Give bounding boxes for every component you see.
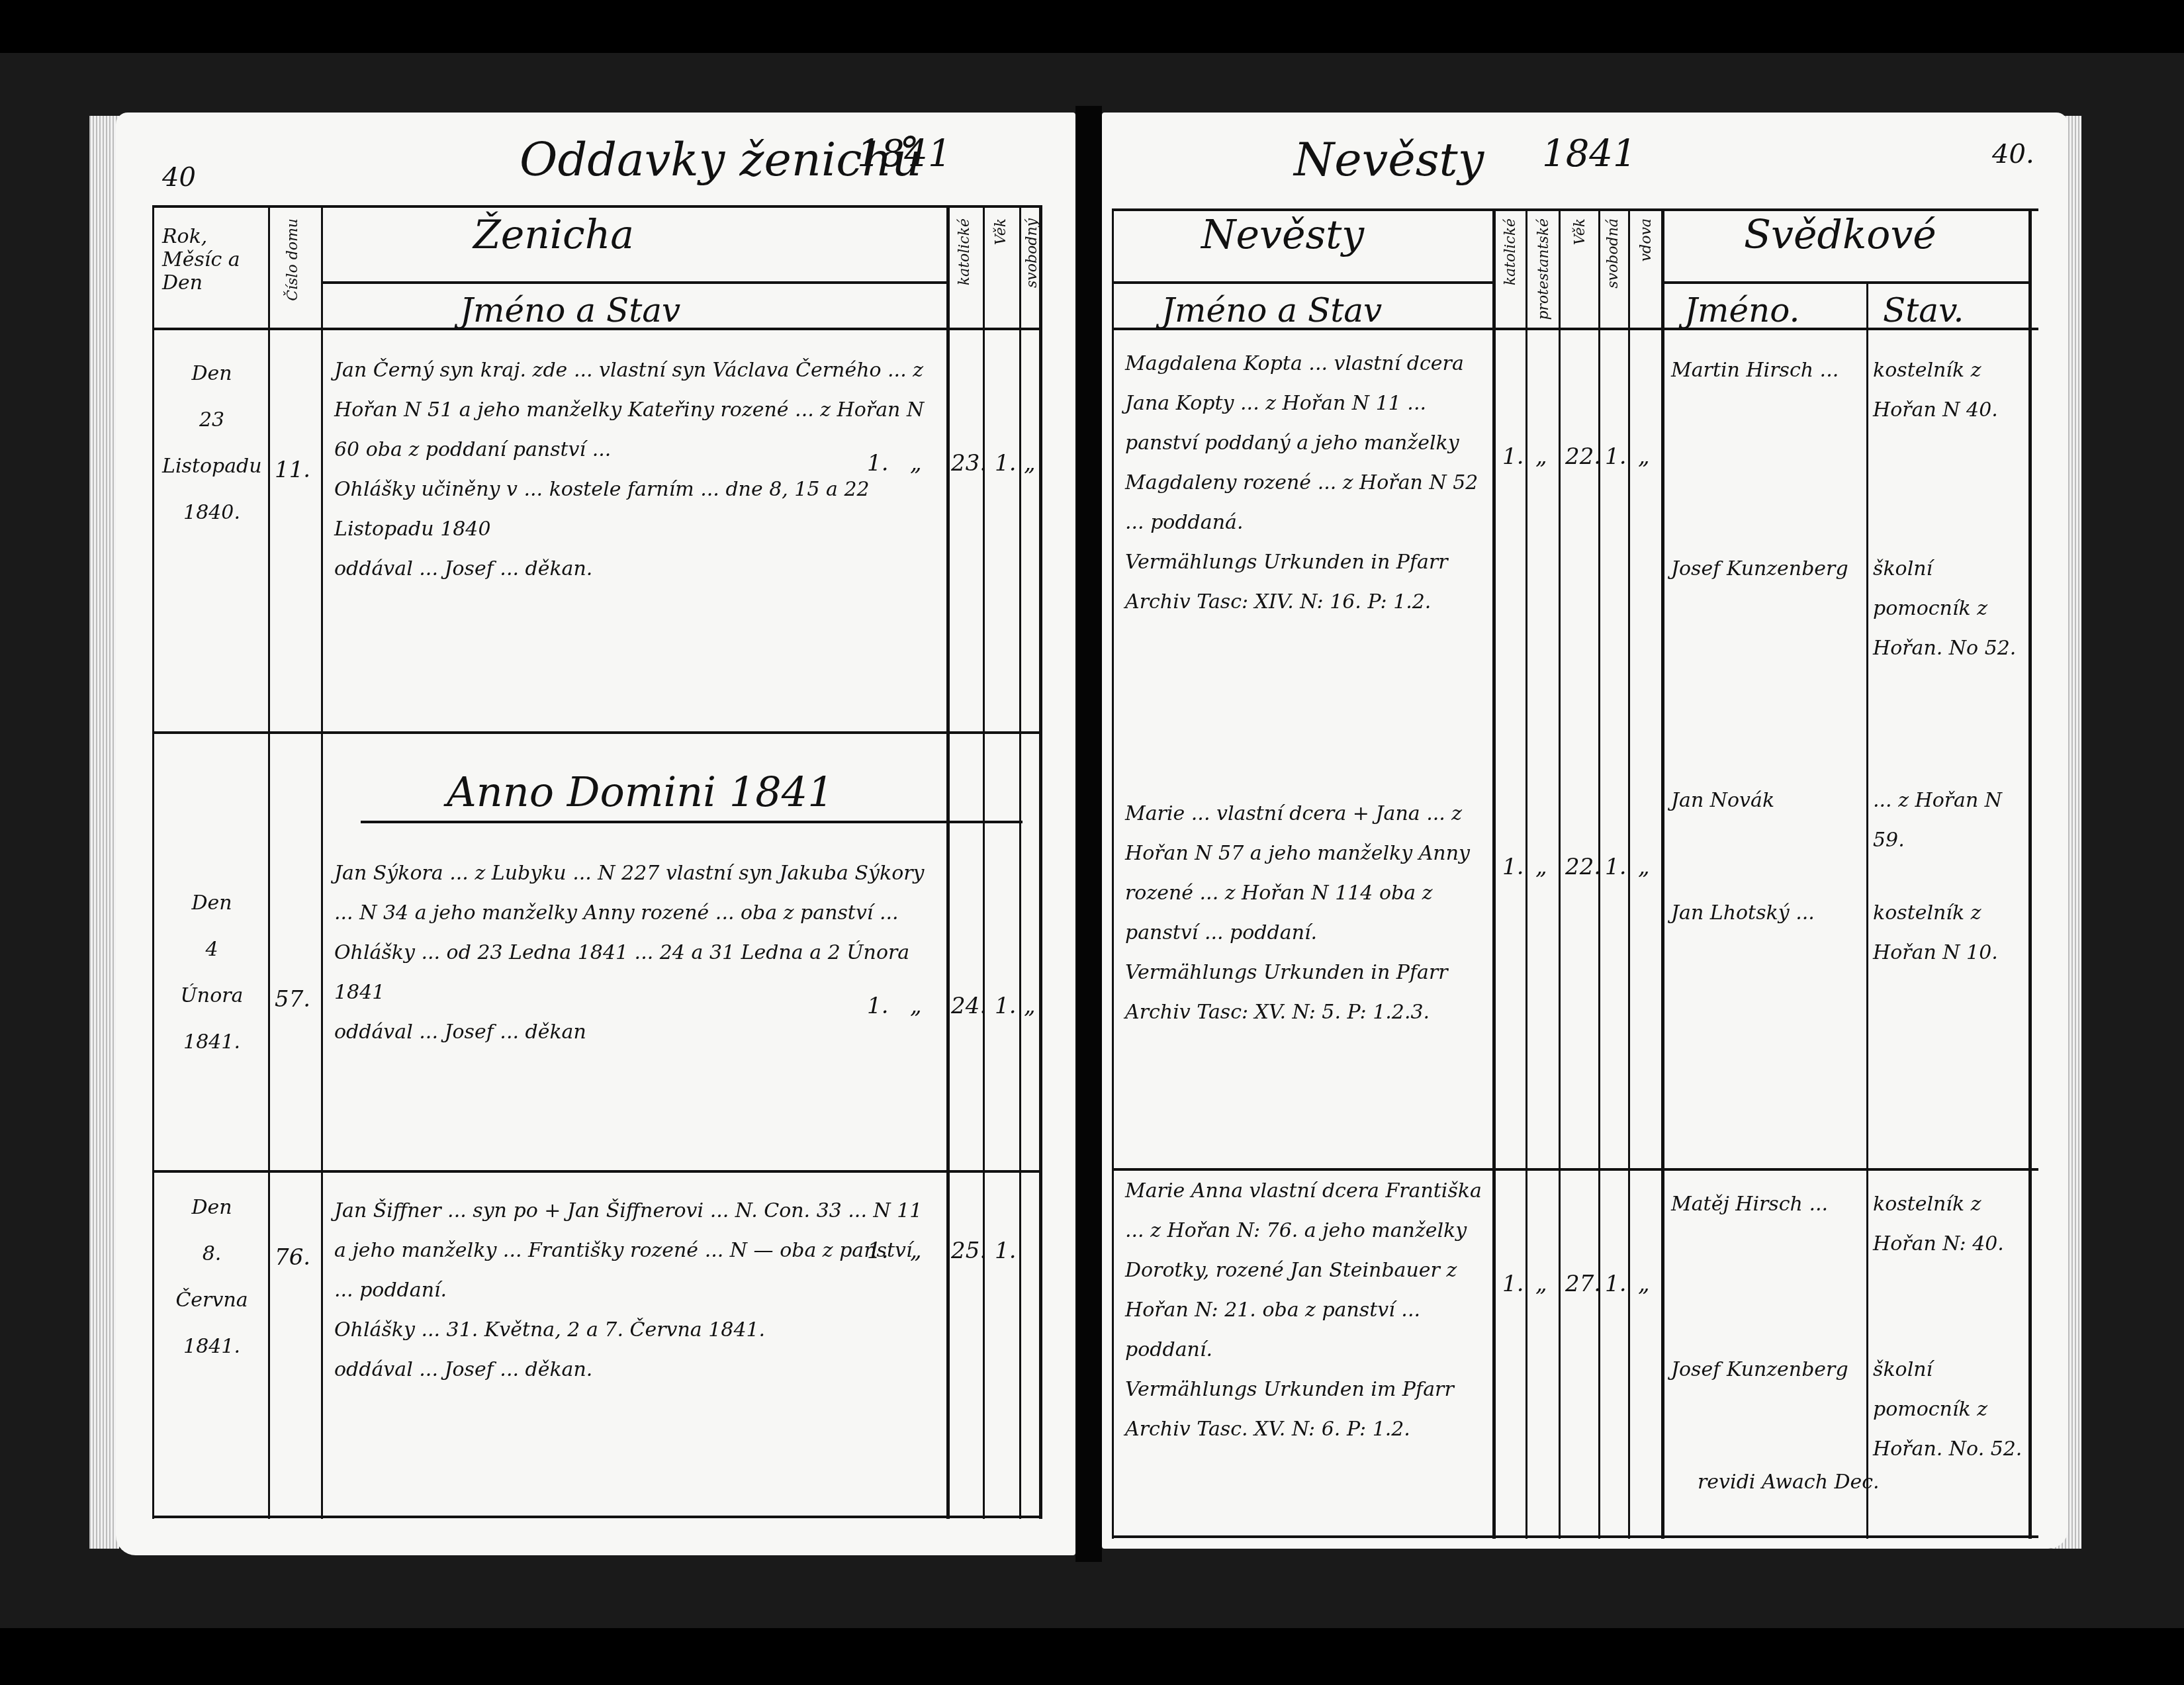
header-witness-name: Jméno. bbox=[1684, 291, 1799, 330]
entry-value-age: 22. bbox=[1565, 443, 1601, 470]
header-house: Číslo domu bbox=[285, 218, 301, 301]
header-single: svobodná bbox=[1605, 218, 1621, 289]
section-heading: Anno Domini 1841 bbox=[447, 768, 834, 816]
left-page-edges bbox=[89, 116, 119, 1549]
witness-status: kostelník z Hořan N 40. bbox=[1873, 351, 2025, 430]
entry-value-catholic: 1. bbox=[1502, 443, 1524, 470]
entry-value-single: 1. bbox=[995, 993, 1016, 1019]
witness-name: Josef Kunzenberg bbox=[1671, 549, 1863, 589]
witness-status: kostelník z Hořan N 10. bbox=[1873, 893, 2025, 973]
header-catholic: katolické bbox=[1502, 218, 1519, 285]
entry-groom-text: Jan Sýkora ... z Lubyku ... N 227 vlastn… bbox=[334, 854, 936, 1052]
entry-value-widowed: „ bbox=[1638, 854, 1650, 880]
witness-name: Jan Novák bbox=[1671, 781, 1863, 821]
header-witness-status: Stav. bbox=[1883, 291, 1964, 330]
entry-value-protestant: „ bbox=[910, 1238, 922, 1264]
revision-note: revidi Awach Dec. bbox=[1698, 1463, 1896, 1502]
right-page-title: Nevěsty bbox=[1294, 132, 1484, 187]
left-page-number: 40 bbox=[162, 162, 196, 193]
entry-value-catholic: 1. bbox=[867, 1238, 888, 1264]
entry-value-widowed: „ bbox=[1024, 450, 1036, 477]
left-page-year: 1841 bbox=[857, 132, 952, 175]
entry-house-number: 57. bbox=[275, 986, 310, 1013]
right-page-number: 40. bbox=[1992, 139, 2034, 169]
witness-status: školní pomocník z Hořan. No 52. bbox=[1873, 549, 2025, 668]
entry-value-age: 24. bbox=[951, 993, 987, 1019]
entry-house-number: 76. bbox=[275, 1244, 310, 1271]
entry-value-age: 27. bbox=[1565, 1271, 1601, 1297]
witness-status: kostelník z Hořan N: 40. bbox=[1873, 1185, 2025, 1264]
entry-date: Den 8. Června 1841. bbox=[162, 1185, 261, 1370]
entry-value-single: 1. bbox=[1605, 1271, 1626, 1297]
entry-groom-text: Jan Šiffner ... syn po + Jan Šiffnerovi … bbox=[334, 1191, 936, 1390]
witness-name: Josef Kunzenberg bbox=[1671, 1350, 1863, 1390]
header-widowed: vdova bbox=[1638, 218, 1655, 261]
entry-value-protestant: „ bbox=[910, 450, 922, 477]
header-catholic: katolické bbox=[956, 218, 973, 285]
entry-value-age: 23. bbox=[951, 450, 987, 477]
entry-value-single: 1. bbox=[995, 450, 1016, 477]
witness-status: ... z Hořan N 59. bbox=[1873, 781, 2025, 860]
entry-value-single: 1. bbox=[995, 1238, 1016, 1264]
header-witnesses: Svědkové bbox=[1744, 212, 1936, 258]
entry-groom-text: Jan Černý syn kraj. zde ... vlastní syn … bbox=[334, 351, 936, 589]
entry-value-age: 25. bbox=[951, 1238, 987, 1264]
entry-value-age: 22. bbox=[1565, 854, 1601, 880]
entry-value-single: 1. bbox=[1605, 443, 1626, 470]
book-gutter bbox=[1075, 106, 1102, 1562]
header-single: svobodný bbox=[1024, 218, 1040, 288]
header-protestant: protestantské bbox=[1535, 218, 1552, 320]
header-age: Věk bbox=[1572, 218, 1588, 245]
entry-value-widowed: „ bbox=[1024, 993, 1036, 1019]
header-name-status: Jméno a Stav bbox=[1161, 291, 1382, 330]
witness-name: Matěj Hirsch ... bbox=[1671, 1185, 1863, 1224]
entry-date: Den 23 Listopadu 1840. bbox=[162, 351, 261, 536]
entry-value-catholic: 1. bbox=[867, 993, 888, 1019]
witness-status: školní pomocník z Hořan. No. 52. bbox=[1873, 1350, 2025, 1469]
entry-value-protestant: „ bbox=[1535, 854, 1547, 880]
entry-value-protestant: „ bbox=[1535, 443, 1547, 470]
entry-value-widowed: „ bbox=[1638, 443, 1650, 470]
header-date: Rok, Měsíc a Den bbox=[162, 225, 261, 295]
entry-house-number: 11. bbox=[275, 457, 310, 483]
entry-value-catholic: 1. bbox=[1502, 854, 1524, 880]
entry-value-catholic: 1. bbox=[1502, 1271, 1524, 1297]
header-groom: Ženicha bbox=[473, 212, 634, 258]
entry-value-widowed: „ bbox=[1638, 1271, 1650, 1297]
header-name-status: Jméno a Stav bbox=[460, 291, 680, 330]
right-page-year: 1841 bbox=[1542, 132, 1637, 175]
entry-bride-text: Marie ... vlastní dcera + Jana ... z Hoř… bbox=[1125, 794, 1489, 1032]
witness-name: Martin Hirsch ... bbox=[1671, 351, 1863, 390]
header-bride: Nevěsty bbox=[1201, 212, 1364, 258]
witness-name: Jan Lhotský ... bbox=[1671, 893, 1863, 933]
entry-bride-text: Marie Anna vlastní dcera Františka ... z… bbox=[1125, 1171, 1489, 1449]
entry-date: Den 4 Února 1841. bbox=[162, 880, 261, 1066]
entry-bride-text: Magdalena Kopta ... vlastní dcera Jana K… bbox=[1125, 344, 1489, 622]
header-age: Věk bbox=[993, 218, 1009, 245]
entry-value-single: 1. bbox=[1605, 854, 1626, 880]
left-page: 40 Oddavky ženichů 1841 Rok, Měsíc a Den… bbox=[116, 113, 1075, 1555]
entry-value-catholic: 1. bbox=[867, 450, 888, 477]
right-page: Nevěsty 1841 40. Nevěsty Jméno a Stav ka… bbox=[1102, 113, 2068, 1549]
entry-value-protestant: „ bbox=[910, 993, 922, 1019]
entry-value-protestant: „ bbox=[1535, 1271, 1547, 1297]
